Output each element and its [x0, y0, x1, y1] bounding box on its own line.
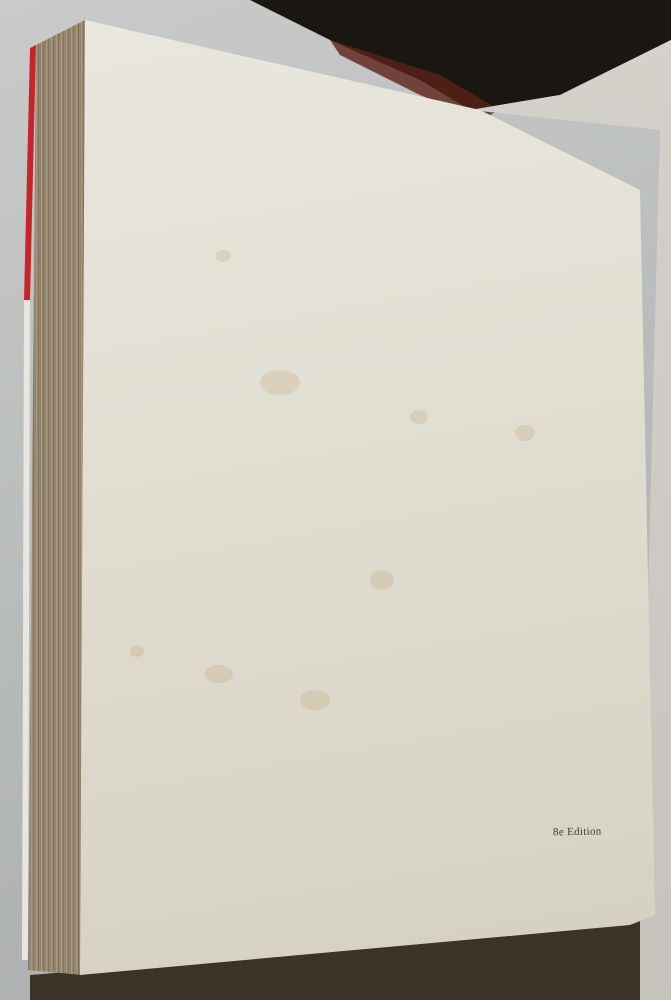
foxing-stain: [215, 250, 231, 262]
edition-label: 8e Edition: [553, 826, 602, 839]
foxing-stain: [260, 370, 300, 395]
foxing-stain: [410, 410, 428, 424]
foxing-stain: [370, 570, 394, 590]
foxing-stain: [205, 665, 233, 683]
foxing-stain: [130, 645, 144, 657]
foxing-stain: [515, 425, 535, 441]
photo-scene: 8e Edition: [0, 0, 671, 1000]
foxing-stain: [300, 690, 330, 710]
